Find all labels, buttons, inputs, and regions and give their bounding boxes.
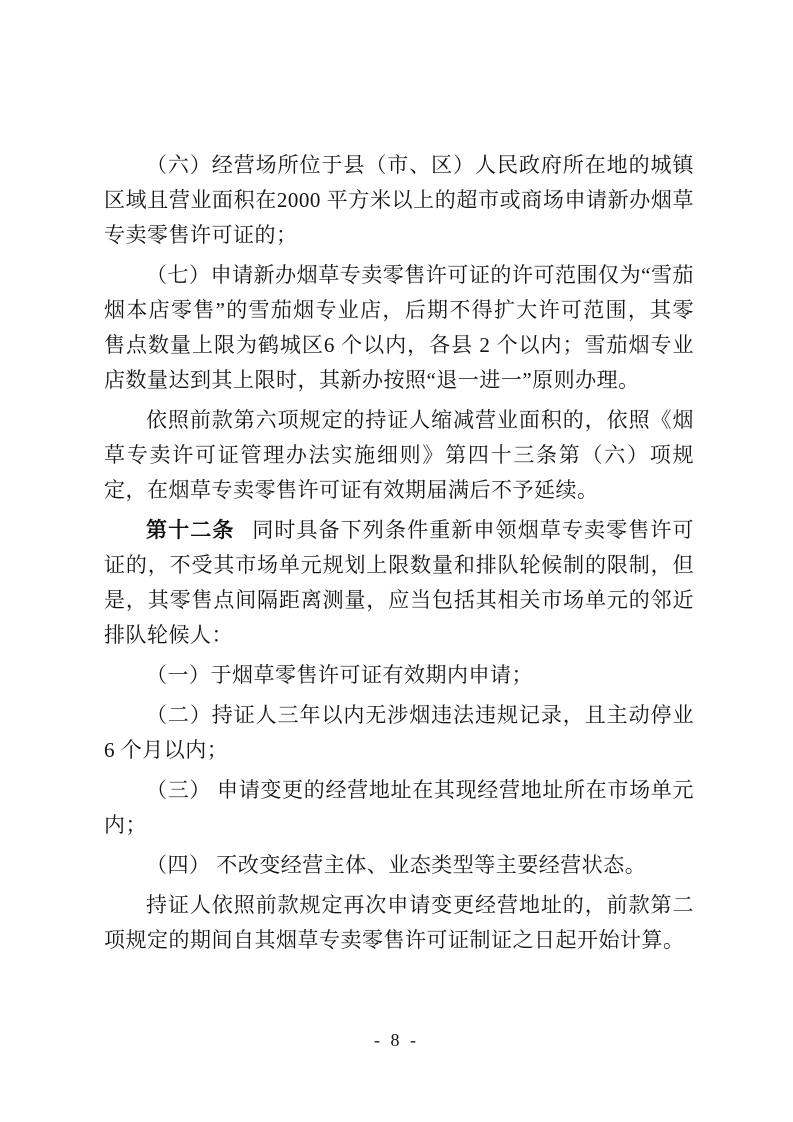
paragraph-text: （六）经营场所位于县（市、区）人民政府所在地的城镇区域且营业面积在2000 平方… — [104, 153, 694, 247]
paragraph-text: 依照前款第六项规定的持证人缩减营业面积的，依照《烟草专卖许可证管理办法实施细则》… — [104, 408, 694, 502]
document-page: （六）经营场所位于县（市、区）人民政府所在地的城镇区域且营业面积在2000 平方… — [0, 0, 793, 1122]
paragraph-text: （二）持证人三年以内无涉烟违法违规记录，且主动停业 6 个月以内； — [104, 703, 694, 762]
document-text-block: （六）经营场所位于县（市、区）人民政府所在地的城镇区域且营业面积在2000 平方… — [104, 148, 694, 963]
paragraph-text: （四） 不改变经营主体、业态类型等主要经营状态。 — [146, 853, 646, 877]
paragraph-reapply-rule: 持证人依照前款规定再次申请变更经营地址的，前款第二项规定的期间自其烟草专卖零售许… — [104, 888, 694, 958]
paragraph-text: （七）申请新办烟草专卖零售许可证的许可范围仅为“雪茄烟本店零售”的雪茄烟专业店，… — [104, 263, 694, 392]
paragraph-condition-1: （一）于烟草零售许可证有效期内申请； — [104, 658, 694, 693]
paragraph-text: （三） 申请变更的经营地址在其现经营地址所在市场单元内； — [104, 778, 694, 837]
paragraph-shrink-area-rule: 依照前款第六项规定的持证人缩减营业面积的，依照《烟草专卖许可证管理办法实施细则》… — [104, 403, 694, 508]
paragraph-condition-3: （三） 申请变更的经营地址在其现经营地址所在市场单元内； — [104, 773, 694, 843]
paragraph-item-6: （六）经营场所位于县（市、区）人民政府所在地的城镇区域且营业面积在2000 平方… — [104, 148, 694, 253]
paragraph-article-12: 第十二条同时具备下列条件重新申领烟草专卖零售许可证的，不受其市场单元规划上限数量… — [104, 513, 694, 653]
paragraph-condition-4: （四） 不改变经营主体、业态类型等主要经营状态。 — [104, 848, 694, 883]
paragraph-condition-2: （二）持证人三年以内无涉烟违法违规记录，且主动停业 6 个月以内； — [104, 698, 694, 768]
paragraph-text: 持证人依照前款规定再次申请变更经营地址的，前款第二项规定的期间自其烟草专卖零售许… — [104, 893, 694, 952]
paragraph-text: （一）于烟草零售许可证有效期内申请； — [146, 663, 533, 687]
page-number: - 8 - — [374, 1030, 419, 1050]
paragraph-item-7: （七）申请新办烟草专卖零售许可证的许可范围仅为“雪茄烟本店零售”的雪茄烟专业店，… — [104, 258, 694, 398]
page-footer: - 8 - — [0, 1030, 793, 1051]
article-number-label: 第十二条 — [146, 518, 234, 542]
